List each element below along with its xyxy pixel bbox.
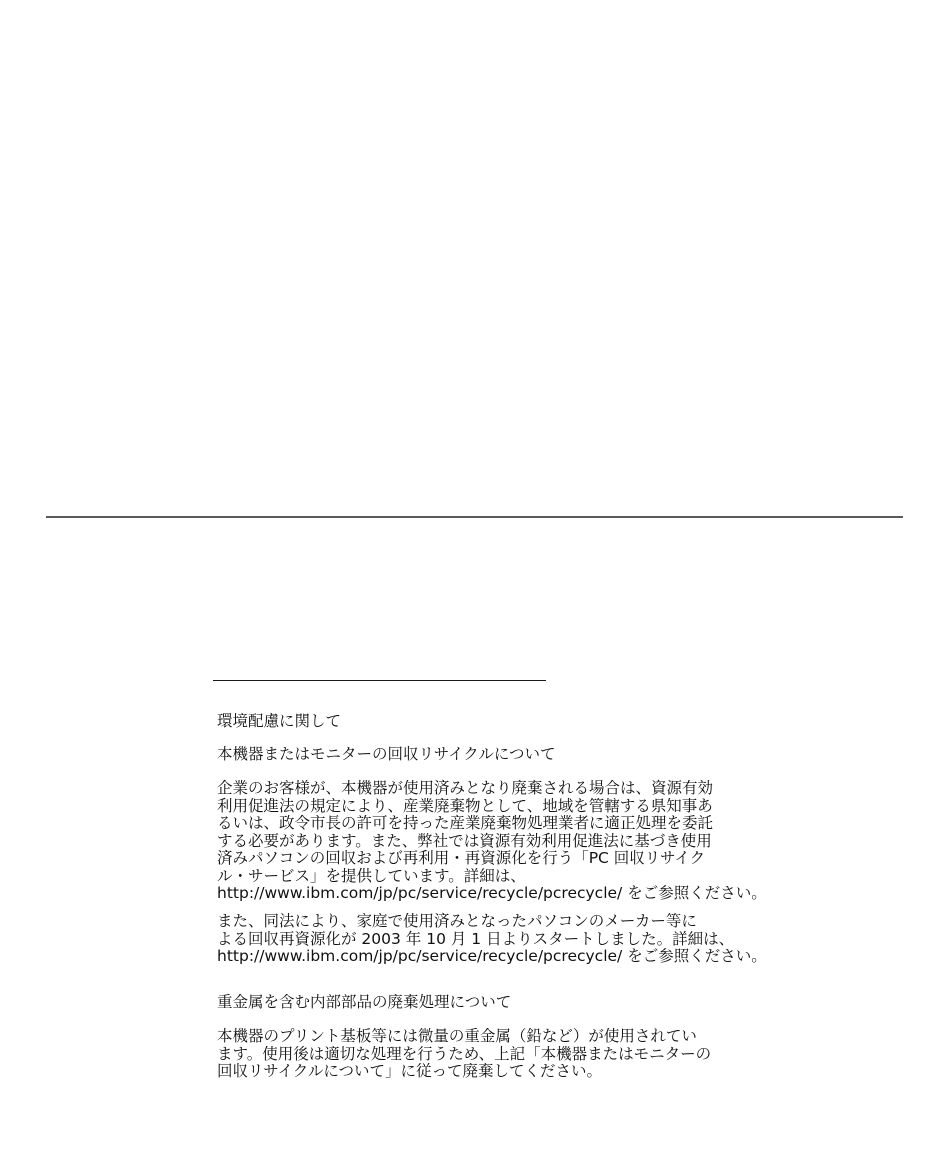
text-line: 本機器のプリント基板等には微量の重金属（鉛など）が使用されてい bbox=[217, 1028, 747, 1046]
recycle-paragraph-2: また、同法により、家庭で使用済みとなったパソコンのメーカー等に よる回収再資源化… bbox=[217, 913, 747, 966]
text-line: また、同法により、家庭で使用済みとなったパソコンのメーカー等に bbox=[217, 913, 747, 931]
heavy-metal-heading: 重金属を含む内部部品の廃棄処理について bbox=[217, 994, 747, 1012]
text-line: よる回収再資源化が 2003 年 10 月 1 日よりスタートしました。詳細は、 bbox=[217, 931, 747, 949]
text-line: 企業のお客様が、本機器が使用済みとなり廃棄される場合は、資源有効 bbox=[217, 780, 747, 798]
recycle-heading: 本機器またはモニターの回収リサイクルについて bbox=[217, 746, 747, 764]
url-line: http://www.ibm.com/jp/pc/service/recycle… bbox=[217, 885, 747, 903]
url-line: http://www.ibm.com/jp/pc/service/recycle… bbox=[217, 948, 747, 966]
text-line: 利用促進法の規定により、産業廃棄物として、地域を管轄する県知事あ bbox=[217, 798, 747, 816]
text-line: るいは、政令市長の許可を持った産業廃棄物処理業者に適正処理を委託 bbox=[217, 815, 747, 833]
footnote-divider-rule bbox=[213, 680, 546, 681]
text-line: 回収リサイクルについて」に従って廃棄してください。 bbox=[217, 1063, 747, 1081]
text-line: ル・サービス」を提供しています。詳細は、 bbox=[217, 868, 747, 886]
heavy-metal-paragraph: 本機器のプリント基板等には微量の重金属（鉛など）が使用されてい ます。使用後は適… bbox=[217, 1028, 747, 1081]
page-divider-rule bbox=[46, 516, 903, 518]
recycle-paragraph-1: 企業のお客様が、本機器が使用済みとなり廃棄される場合は、資源有効 利用促進法の規… bbox=[217, 780, 747, 903]
text-line: ます。使用後は適切な処理を行うため、上記「本機器またはモニターの bbox=[217, 1046, 747, 1064]
text-line: 済みパソコンの回収および再利用・再資源化を行う「PC 回収リサイク bbox=[217, 850, 747, 868]
text-line: する必要があります。また、弊社では資源有効利用促進法に基づき使用 bbox=[217, 833, 747, 851]
section-title: 環境配慮に関して bbox=[217, 713, 747, 731]
